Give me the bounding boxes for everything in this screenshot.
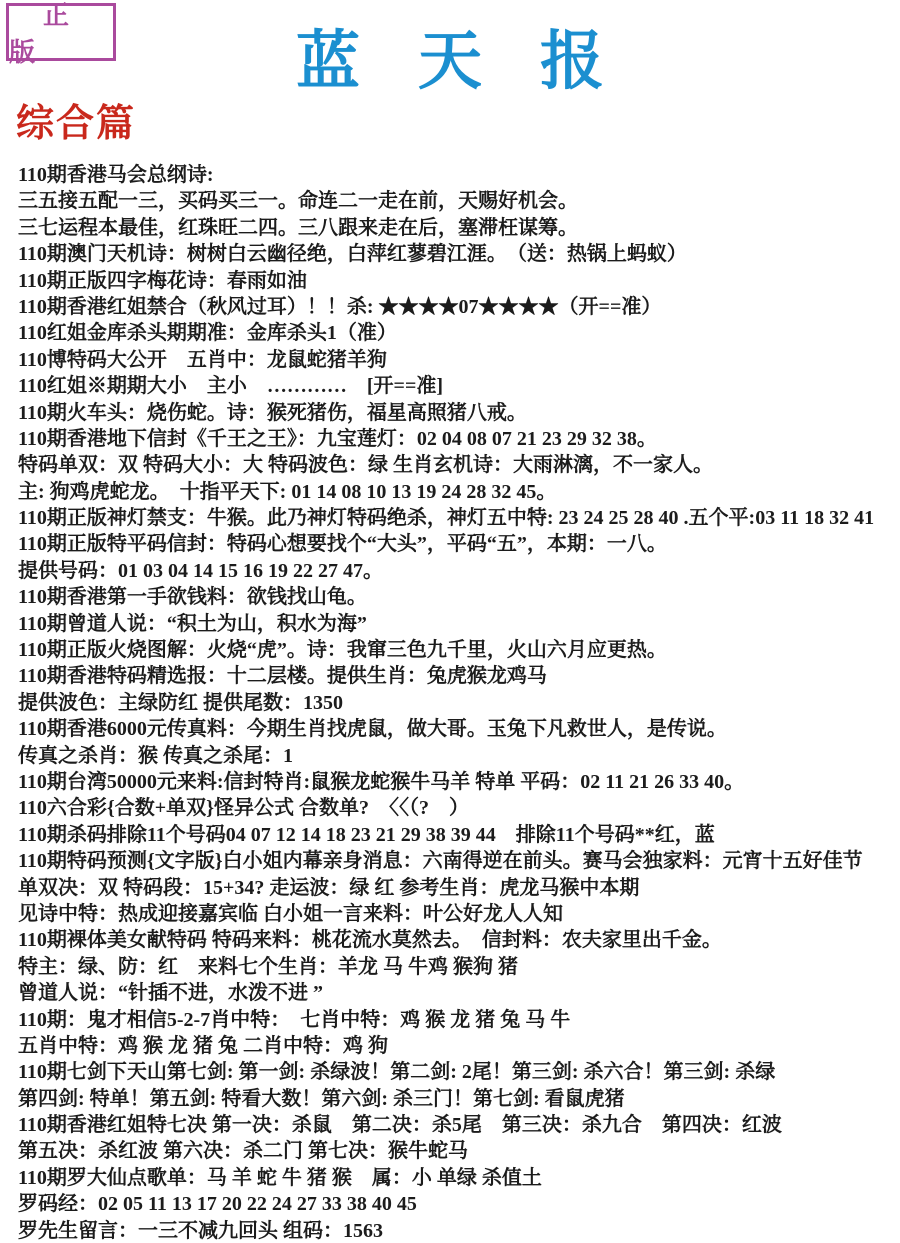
text-line: 传真之杀肖：猴 传真之杀尾：1: [18, 743, 898, 769]
text-line: 110期正版火烧图解：火烧“虎”。诗：我窜三色九千里，火山六月应更热。: [18, 637, 898, 663]
content-area: 110期香港马会总纲诗:三五接五配一三，买码买三一。命连二一走在前，天赐好机会。…: [18, 162, 898, 1243]
text-line: 110期正版神灯禁支：牛猴。此乃神灯特码绝杀，神灯五中特: 23 24 25 2…: [18, 505, 898, 531]
text-line: 110期：鬼才相信5-2-7肖中特： 七肖中特：鸡 猴 龙 猪 兔 马 牛: [18, 1007, 898, 1033]
text-line: 特码单双：双 特码大小：大 特码波色：绿 生肖玄机诗：大雨淋漓，不一家人。: [18, 452, 898, 478]
text-line: 主: 狗鸡虎蛇龙。 十指平天下: 01 14 08 10 13 19 24 28…: [18, 479, 898, 505]
section-title: 综合篇: [16, 92, 136, 147]
text-line: 罗码经：02 05 11 13 17 20 22 24 27 33 38 40 …: [18, 1191, 898, 1217]
text-line: 110期香港6000元传真料：今期生肖找虎鼠，做大哥。玉兔下凡救世人，是传说。: [18, 716, 898, 742]
text-line: 罗先生留言：一三不减九回头 组码：1563: [18, 1218, 898, 1243]
text-line: 曾道人说：“针插不进，水泼不进 ”: [18, 980, 898, 1006]
text-line: 110期罗大仙点歌单：马 羊 蛇 牛 猪 猴 属：小 单绿 杀值土: [18, 1165, 898, 1191]
text-line: 110期香港第一手欲钱料：欲钱找山龟。: [18, 584, 898, 610]
text-line: 110期香港马会总纲诗:: [18, 162, 898, 188]
text-line: 第五决：杀红波 第六决：杀二门 第七决：猴牛蛇马: [18, 1138, 898, 1164]
text-line: 110期香港红姐特七决 第一决：杀鼠 第二决：杀5尾 第三决：杀九合 第四决：红…: [18, 1112, 898, 1138]
text-line: 见诗中特：热成迎接嘉宾临 白小姐一言来料：叶公好龙人人知: [18, 901, 898, 927]
text-line: 110期香港红姐禁合（秋风过耳）！！杀: ★★★★07★★★★（开==准）: [18, 294, 898, 320]
newspaper-title: 蓝天报: [0, 10, 900, 102]
text-line: 110期台湾50000元来料:信封特肖:鼠猴龙蛇猴牛马羊 特单 平码：02 11…: [18, 769, 898, 795]
text-line: 110期香港特码精选报：十二层楼。提供生肖：兔虎猴龙鸡马: [18, 663, 898, 689]
text-line: 五肖中特：鸡 猴 龙 猪 兔 二肖中特：鸡 狗: [18, 1033, 898, 1059]
text-line: 110期特码预测{文字版}白小姐内幕亲身消息：六南得逆在前头。赛马会独家料：元宵…: [18, 848, 898, 874]
text-line: 110六合彩{合数+单双}怪异公式 合数单? 〈〈（? ）: [18, 795, 898, 821]
text-line: 提供波色：主绿防红 提供尾数：1350: [18, 690, 898, 716]
text-line: 提供号码：01 03 04 14 15 16 19 22 27 47。: [18, 558, 898, 584]
text-line: 单双决：双 特码段：15+34? 走运波：绿 红 参考生肖：虎龙马猴中本期: [18, 875, 898, 901]
text-line: 110期曾道人说：“积土为山，积水为海”: [18, 611, 898, 637]
text-line: 110红姐※期期大小 主小 ………… [开==准]: [18, 373, 898, 399]
text-line: 第四剑: 特单！第五剑: 特看大数！第六剑: 杀三门！第七剑: 看鼠虎猪: [18, 1086, 898, 1112]
text-line: 三五接五配一三，买码买三一。命连二一走在前，天赐好机会。: [18, 188, 898, 214]
text-line: 110期正版四字梅花诗：春雨如油: [18, 268, 898, 294]
text-line: 110期杀码排除11个号码04 07 12 14 18 23 21 29 38 …: [18, 822, 898, 848]
text-line: 110期七剑下天山第七剑: 第一剑: 杀绿波！第二剑: 2尾！第三剑: 杀六合！…: [18, 1059, 898, 1085]
text-line: 110期裸体美女献特码 特码来料：桃花流水莫然去。 信封料：农夫家里出千金。: [18, 927, 898, 953]
text-line: 110期火车头：烧伤蛇。诗：猴死猪伤，福星高照猪八戒。: [18, 400, 898, 426]
text-line: 110期澳门天机诗：树树白云幽径绝，白萍红蓼碧江涯。 （送：热锅上蚂蚁）: [18, 241, 898, 267]
text-line: 110期香港地下信封《千王之王》：九宝莲灯：02 04 08 07 21 23 …: [18, 426, 898, 452]
text-line: 110红姐金库杀头期期准：金库杀头1（准）: [18, 320, 898, 346]
text-line: 110博特码大公开 五肖中：龙鼠蛇猪羊狗: [18, 347, 898, 373]
text-line: 三七运程本最佳，红珠旺二四。三八跟来走在后，塞滞枉谋筹。: [18, 215, 898, 241]
text-line: 110期正版特平码信封：特码心想要找个“大头”，平码“五”，本期：一八。: [18, 531, 898, 557]
page: 正版 蓝天报 综合篇 110期香港马会总纲诗:三五接五配一三，买码买三一。命连二…: [0, 0, 900, 1243]
text-line: 特主：绿、防：红 来料七个生肖：羊龙 马 牛鸡 猴狗 猪: [18, 954, 898, 980]
